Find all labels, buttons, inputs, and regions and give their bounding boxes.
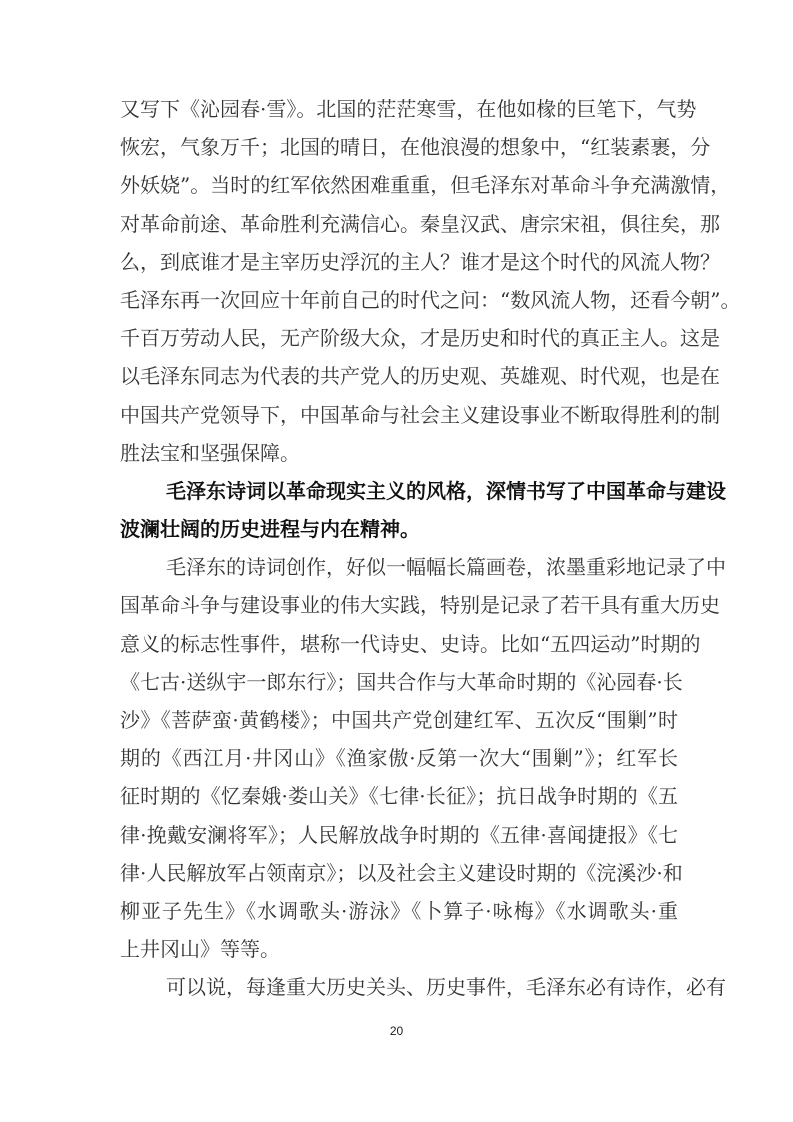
text-line: 意义的标志性事件，堪称一代诗史、史诗。比如“五四运动”时期的 bbox=[120, 625, 678, 663]
text-line: 柳亚子先生》《水调歌头·游泳》《卜算子·咏梅》《水调歌头·重 bbox=[120, 892, 678, 930]
document-page: 又写下《沁园春·雪》。北国的茫茫寒雪，在他如椽的巨笔下，气势 恢宏，气象万千；北… bbox=[0, 0, 793, 1122]
text-line: 律·挽戴安澜将军》；人民解放战争时期的《五律·喜闻捷报》《七 bbox=[120, 816, 678, 854]
text-line: 又写下《沁园春·雪》。北国的茫茫寒雪，在他如椽的巨笔下，气势 bbox=[120, 90, 678, 128]
section-heading: 波澜壮阔的历史进程与内在精神。 bbox=[120, 510, 678, 548]
text-line: 国革命斗争与建设事业的伟大实践，特别是记录了若干具有重大历史 bbox=[120, 586, 678, 624]
text-line: 《七古·送纵宇一郎东行》；国共合作与大革命时期的《沁园春·长 bbox=[120, 663, 678, 701]
text-line: 毛泽东再一次回应十年前自己的时代之问：“数风流人物，还看今朝”。 bbox=[120, 281, 678, 319]
text-line: 上井冈山》等等。 bbox=[120, 930, 678, 968]
text-line: 么，到底谁才是主宰历史浮沉的主人？谁才是这个时代的风流人物？ bbox=[120, 243, 678, 281]
text-line: 毛泽东的诗词创作，好似一幅幅长篇画卷，浓墨重彩地记录了中 bbox=[120, 548, 678, 586]
text-line: 以毛泽东同志为代表的共产党人的历史观、英雄观、时代观，也是在 bbox=[120, 357, 678, 395]
text-line: 对革命前途、革命胜利充满信心。秦皇汉武、唐宗宋祖，俱往矣，那 bbox=[120, 205, 678, 243]
page-number: 20 bbox=[0, 1024, 793, 1038]
text-line: 可以说，每逢重大历史关头、历史事件，毛泽东必有诗作，必有 bbox=[120, 968, 678, 1006]
section-heading: 毛泽东诗词以革命现实主义的风格，深情书写了中国革命与建设 bbox=[120, 472, 678, 510]
body-text: 又写下《沁园春·雪》。北国的茫茫寒雪，在他如椽的巨笔下，气势 恢宏，气象万千；北… bbox=[120, 90, 678, 1007]
text-line: 征时期的《忆秦娥·娄山关》《七律·长征》；抗日战争时期的《五 bbox=[120, 777, 678, 815]
text-line: 千百万劳动人民，无产阶级大众，才是历史和时代的真正主人。这是 bbox=[120, 319, 678, 357]
text-line: 律·人民解放军占领南京》；以及社会主义建设时期的《浣溪沙·和 bbox=[120, 854, 678, 892]
text-line: 外妖娆”。当时的红军依然困难重重，但毛泽东对革命斗争充满激情， bbox=[120, 166, 678, 204]
text-line: 期的《西江月·井冈山》《渔家傲·反第一次大“围剿”》；红军长 bbox=[120, 739, 678, 777]
text-line: 恢宏，气象万千；北国的晴日，在他浪漫的想象中，“红装素裹，分 bbox=[120, 128, 678, 166]
text-line: 中国共产党领导下，中国革命与社会主义建设事业不断取得胜利的制 bbox=[120, 396, 678, 434]
text-line: 胜法宝和坚强保障。 bbox=[120, 434, 678, 472]
text-line: 沙》《菩萨蛮·黄鹤楼》；中国共产党创建红军、五次反“围剿”时 bbox=[120, 701, 678, 739]
